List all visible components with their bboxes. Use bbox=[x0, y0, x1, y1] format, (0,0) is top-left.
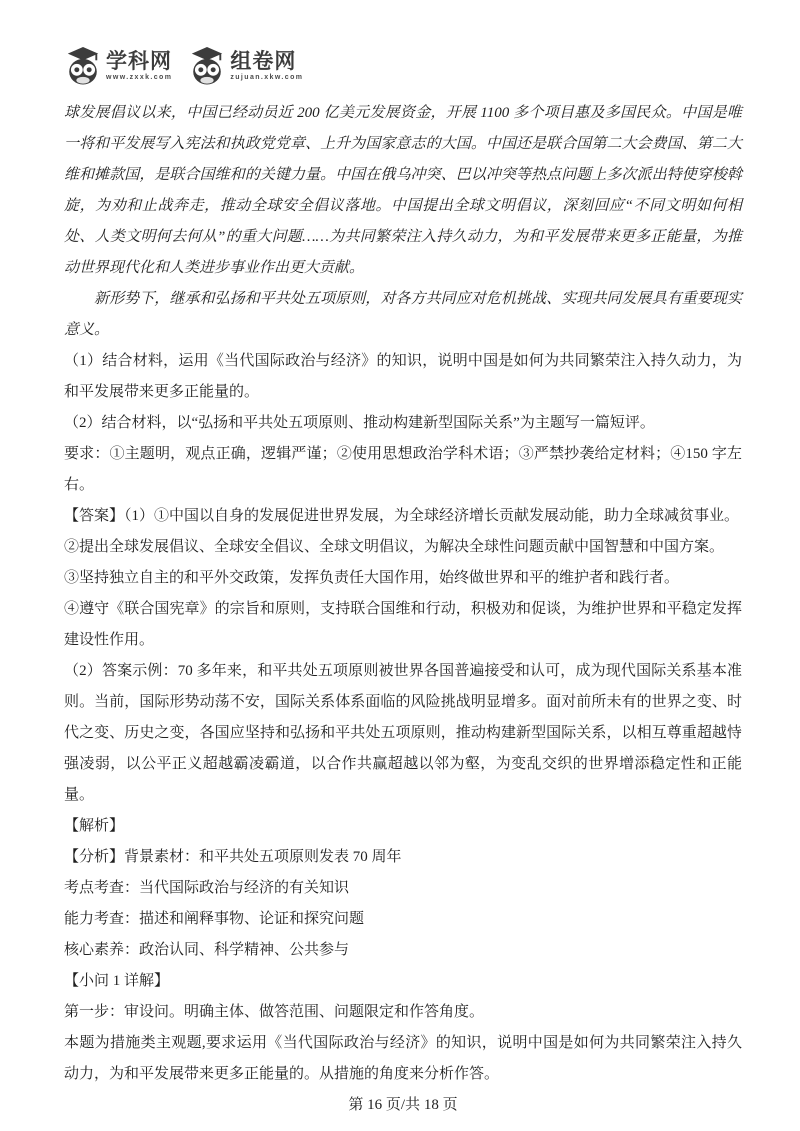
logo-zujuanwang: 组卷网 zujuan.xkw.com bbox=[188, 46, 303, 86]
analysis-label: 【解析】 bbox=[64, 811, 742, 842]
answer-part1-point1: 【答案】（1）①中国以自身的发展促进世界发展，为全球经济增长贡献发展动能，助力全… bbox=[64, 501, 742, 532]
owl-graduate-icon bbox=[188, 46, 226, 86]
logo-url-zujuanwang: zujuan.xkw.com bbox=[230, 74, 303, 81]
subquestion-1-detail-heading: 【小问 1 详解】 bbox=[64, 966, 742, 997]
answer-part1-point3: ③坚持独立自主的和平外交政策，发挥负责任大国作用，始终做世界和平的维护者和践行者… bbox=[64, 563, 742, 594]
analysis-core-competency: 核心素养：政治认同、科学精神、公共参与 bbox=[64, 935, 742, 966]
question-1: （1）结合材料，运用《当代国际政治与经济》的知识，说明中国是如何为共同繁荣注入持… bbox=[64, 346, 742, 408]
logo-name-zujuanwang: 组卷网 bbox=[230, 51, 296, 72]
page-number-footer: 第 16 页/共 18 页 bbox=[64, 1090, 742, 1121]
question-2-requirements: 要求：①主题明，观点正确，逻辑严谨；②使用思想政治学科术语；③严禁抄袭给定材料；… bbox=[64, 439, 742, 501]
answer-part1-point4: ④遵守《联合国宪章》的宗旨和原则，支持联合国维和行动，积极劝和促谈，为维护世界和… bbox=[64, 594, 742, 656]
logo-xuekewang: 学科网 www.zxxk.com bbox=[64, 46, 172, 86]
material-paragraph-continuation: 球发展倡议以来，中国已经动员近 200 亿美元发展资金，开展 1100 多个项目… bbox=[64, 98, 742, 284]
question-2: （2）结合材料，以“弘扬和平共处五项原则、推动构建新型国际关系”为主题写一篇短评… bbox=[64, 408, 742, 439]
logo-name-xuekewang: 学科网 bbox=[106, 51, 172, 72]
answer-part2-sample: （2）答案示例：70 多年来，和平共处五项原则被世界各国普遍接受和认可，成为现代… bbox=[64, 656, 742, 811]
material-paragraph-2: 新形势下，继承和弘扬和平共处五项原则，对各方共同应对危机挑战、实现共同发展具有重… bbox=[64, 284, 742, 346]
logo-row: 学科网 www.zxxk.com 组卷网 zujuan.xkw. bbox=[64, 44, 742, 88]
detail-step-1: 第一步：审设问。明确主体、做答范围、问题限定和作答角度。 bbox=[64, 997, 742, 1028]
logo-url-xuekewang: www.zxxk.com bbox=[106, 74, 172, 81]
analysis-ability: 能力考查：描述和阐释事物、论证和探究问题 bbox=[64, 904, 742, 935]
analysis-exam-points: 考点考查：当代国际政治与经济的有关知识 bbox=[64, 873, 742, 904]
document-page: 学科网 www.zxxk.com 组卷网 zujuan.xkw. bbox=[0, 0, 800, 1131]
owl-graduate-icon bbox=[64, 46, 102, 86]
answer-part1-point2: ②提出全球发展倡议、全球安全倡议、全球文明倡议，为解决全球性问题贡献中国智慧和中… bbox=[64, 532, 742, 563]
detail-step-1-body: 本题为措施类主观题,要求运用《当代国际政治与经济》的知识，说明中国是如何为共同繁… bbox=[64, 1028, 742, 1090]
analysis-background-material: 【分析】背景素材：和平共处五项原则发表 70 周年 bbox=[64, 842, 742, 873]
